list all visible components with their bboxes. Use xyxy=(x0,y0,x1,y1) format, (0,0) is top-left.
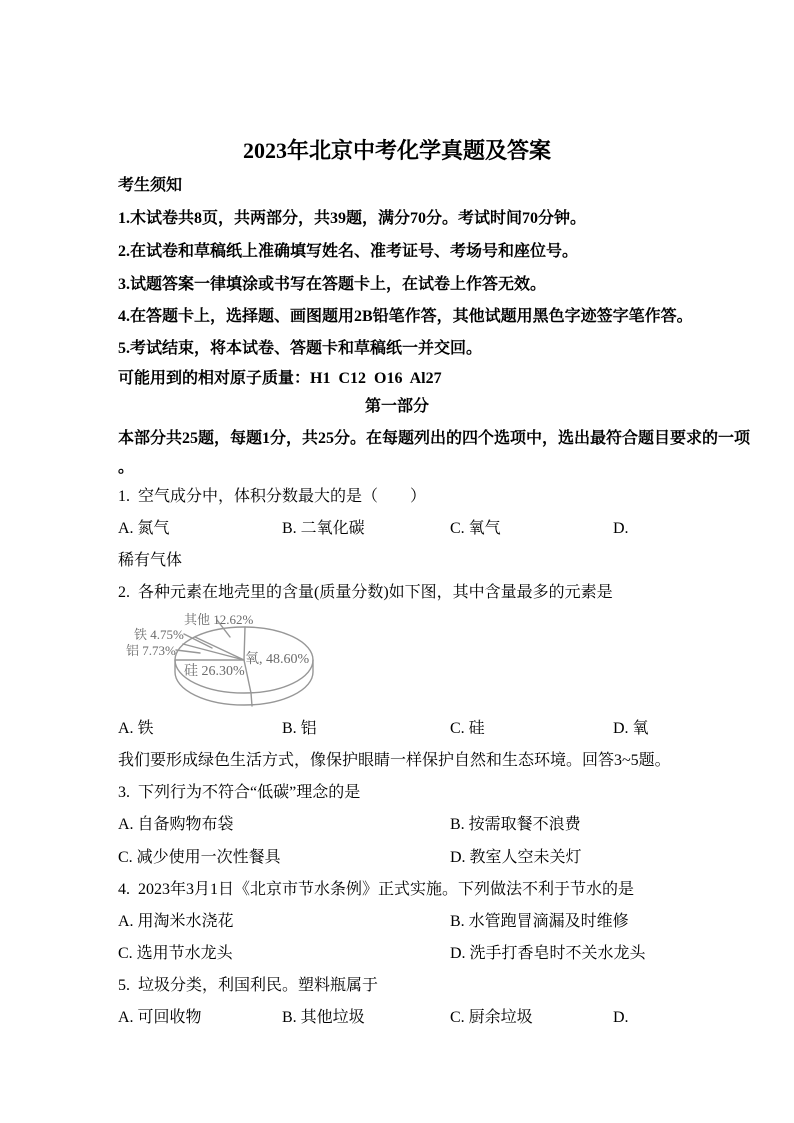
question-1-option-c: C. 氧气 xyxy=(450,519,501,539)
label-silicon: 硅 26.30% xyxy=(184,663,245,679)
question-2-option-b: B. 铝 xyxy=(282,719,317,739)
leader-line-aluminum xyxy=(176,650,200,653)
question-1-option-d: D. xyxy=(613,519,629,539)
question-2-stem: 2. 各种元素在地壳里的含量(质量分数)如下图，其中含量最多的元素是 xyxy=(118,583,613,603)
question-1-option-a: A. 氮气 xyxy=(118,519,170,539)
question-2-option-d: D. 氧 xyxy=(613,719,649,739)
exam-document-page: 2023年北京中考化学真题及答案 考生须知 1.木试卷共8页，共两部分，共39题… xyxy=(0,0,794,1123)
question-5-option-a: A. 可回收物 xyxy=(118,1008,202,1028)
notice-item-3: 3.试题答案一律填涂或书写在答题卡上，在试卷上作答无效。 xyxy=(118,275,546,295)
notice-heading: 考生须知 xyxy=(118,176,182,196)
label-aluminum: 铝 7.73% xyxy=(126,643,176,658)
question-1-option-b: B. 二氧化碳 xyxy=(282,519,365,539)
question-2-options: A. 铁 B. 铝 C. 硅 D. 氧 xyxy=(0,719,794,741)
question-3-option-b: B. 按需取餐不浪费 xyxy=(450,815,581,835)
part-one-intro-overflow: 。 xyxy=(118,458,134,478)
question-4-options-row-2: C. 选用节水龙头 D. 洗手打香皂时不关水龙头 xyxy=(0,944,794,966)
page-title: 2023年北京中考化学真题及答案 xyxy=(0,134,794,165)
question-1-options: A. 氮气 B. 二氧化碳 C. 氧气 D. xyxy=(0,519,794,541)
label-oxygen: 氧, 48.60% xyxy=(245,651,309,667)
question-3-options-row-2: C. 减少使用一次性餐具 D. 教室人空未关灯 xyxy=(0,848,794,870)
pie-chart-labels: 其他 12.62% 铁 4.75% 铝 7.73% 硅 26.30% 氧, 48… xyxy=(126,612,309,679)
question-4-stem: 4. 2023年3月1日《北京市节水条例》正式实施。下列做法不利于节水的是 xyxy=(118,880,634,900)
question-5-option-b: B. 其他垃圾 xyxy=(282,1008,365,1028)
question-5-stem: 5. 垃圾分类，利国利民。塑料瓶属于 xyxy=(118,976,378,996)
question-2-option-c: C. 硅 xyxy=(450,719,485,739)
transition-text: 我们要形成绿色生活方式，像保护眼睛一样保护自然和生态环境。回答3~5题。 xyxy=(118,751,671,771)
question-1-stem: 1. 空气成分中，体积分数最大的是（ ） xyxy=(118,487,426,507)
question-4-option-b: B. 水管跑冒滴漏及时维修 xyxy=(450,912,629,932)
notice-item-5: 5.考试结束，将本试卷、答题卡和草稿纸一并交回。 xyxy=(118,339,482,359)
notice-item-1: 1.木试卷共8页，共两部分，共39题，满分70分。考试时间70分钟。 xyxy=(118,209,586,229)
label-iron: 铁 4.75% xyxy=(134,627,184,642)
question-4-options-row-1: A. 用淘米水浇花 B. 水管跑冒滴漏及时维修 xyxy=(0,912,794,934)
notice-item-2: 2.在试卷和草稿纸上准确填写姓名、准考证号、考场号和座位号。 xyxy=(118,242,578,262)
question-3-stem: 3. 下列行为不符合“低碳”理念的是 xyxy=(118,783,360,803)
question-3-option-c: C. 减少使用一次性餐具 xyxy=(118,848,281,868)
question-5-option-d: D. xyxy=(613,1008,629,1028)
question-4-option-a: A. 用淘米水浇花 xyxy=(118,912,234,932)
label-other: 其他 12.62% xyxy=(184,612,254,627)
part-one-heading: 第一部分 xyxy=(0,397,794,417)
question-3-option-a: A. 自备购物布袋 xyxy=(118,815,234,835)
atomic-mass-line: 可能用到的相对原子质量：H1 C12 O16 Al27 xyxy=(118,369,442,389)
question-2-option-a: A. 铁 xyxy=(118,719,154,739)
question-3-options-row-1: A. 自备购物布袋 B. 按需取餐不浪费 xyxy=(0,815,794,837)
question-4-option-c: C. 选用节水龙头 xyxy=(118,944,233,964)
question-1-option-d-overflow: 稀有气体 xyxy=(118,551,182,571)
question-5-option-c: C. 厨余垃圾 xyxy=(450,1008,533,1028)
question-5-options: A. 可回收物 B. 其他垃圾 C. 厨余垃圾 D. xyxy=(0,1008,794,1030)
question-3-option-d: D. 教室人空未关灯 xyxy=(450,848,582,868)
question-4-option-d: D. 洗手打香皂时不关水龙头 xyxy=(450,944,646,964)
part-one-intro: 本部分共25题，每题1分，共25分。在每题列出的四个选项中，选出最符合题目要求的… xyxy=(118,429,750,449)
crust-elements-pie-chart: 其他 12.62% 铁 4.75% 铝 7.73% 硅 26.30% 氧, 48… xyxy=(118,603,330,721)
pie-chart-svg: 其他 12.62% 铁 4.75% 铝 7.73% 硅 26.30% 氧, 48… xyxy=(118,603,330,721)
notice-item-4: 4.在答题卡上，选择题、画图题用2B铅笔作答，其他试题用黑色字迹签字笔作答。 xyxy=(118,307,693,327)
